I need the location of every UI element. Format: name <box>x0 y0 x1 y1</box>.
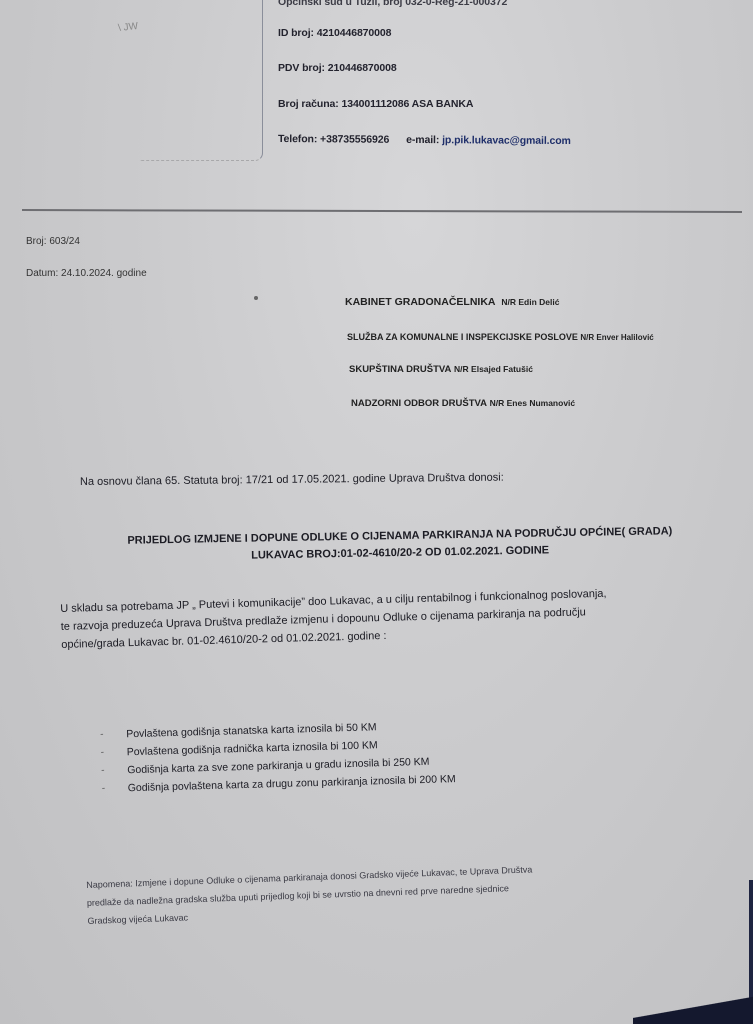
letterhead-phone: Telefon: +38735556926 <box>278 133 389 146</box>
letterhead-id-number: ID broj: 4210446870008 <box>278 27 391 39</box>
document-title: PRIJEDLOG IZMJENE I DOPUNE ODLUKE O CIJE… <box>80 522 720 567</box>
note: Napomena: Izmjene i dopune Odluke o cije… <box>86 860 534 930</box>
document-page: \ JW Općinski sud u Tuzli, broj 032-0-Re… <box>0 0 753 1024</box>
recipient: KABINET GRADONAČELNIKA N/R Edin Delić <box>345 296 559 308</box>
recipient: SKUPŠTINA DRUŠTVA N/R Elsajed Fatušić <box>349 364 533 375</box>
document-number: Broj: 603/24 <box>26 236 80 247</box>
body-paragraph: U skladu sa potrebama JP „ Putevi i komu… <box>60 585 608 654</box>
margin-mark <box>254 296 258 300</box>
document-date: Datum: 24.10.2024. godine <box>26 268 147 279</box>
header-divider <box>22 209 742 213</box>
letterhead-email-label: e-mail: <box>406 134 439 146</box>
letterhead-pdv-number: PDV broj: 210446870008 <box>278 62 397 74</box>
recipient: SLUŽBA ZA KOMUNALNE I INSPEKCIJSKE POSLO… <box>347 332 654 342</box>
price-list: -Povlaštena godišnja stanatska karta izn… <box>100 716 456 798</box>
background-shadow <box>633 984 753 1024</box>
preamble: Na osnovu člana 65. Statuta broj: 17/21 … <box>80 472 504 488</box>
stamp-mark: \ JW <box>117 21 138 34</box>
letterhead-registration: Općinski sud u Tuzli, broj 032-0-Reg-21-… <box>278 0 507 8</box>
letterhead-account: Broj računa: 134001112086 ASA BANKA <box>278 98 473 110</box>
recipient: NADZORNI ODBOR DRUŠTVA N/R Enes Numanovi… <box>351 398 575 409</box>
letterhead-contact: Telefon: +38735556926 e-mail: jp.pik.luk… <box>278 133 571 147</box>
letterhead-email: jp.pik.lukavac@gmail.com <box>442 134 571 147</box>
letterhead-logo-frame <box>140 0 263 161</box>
